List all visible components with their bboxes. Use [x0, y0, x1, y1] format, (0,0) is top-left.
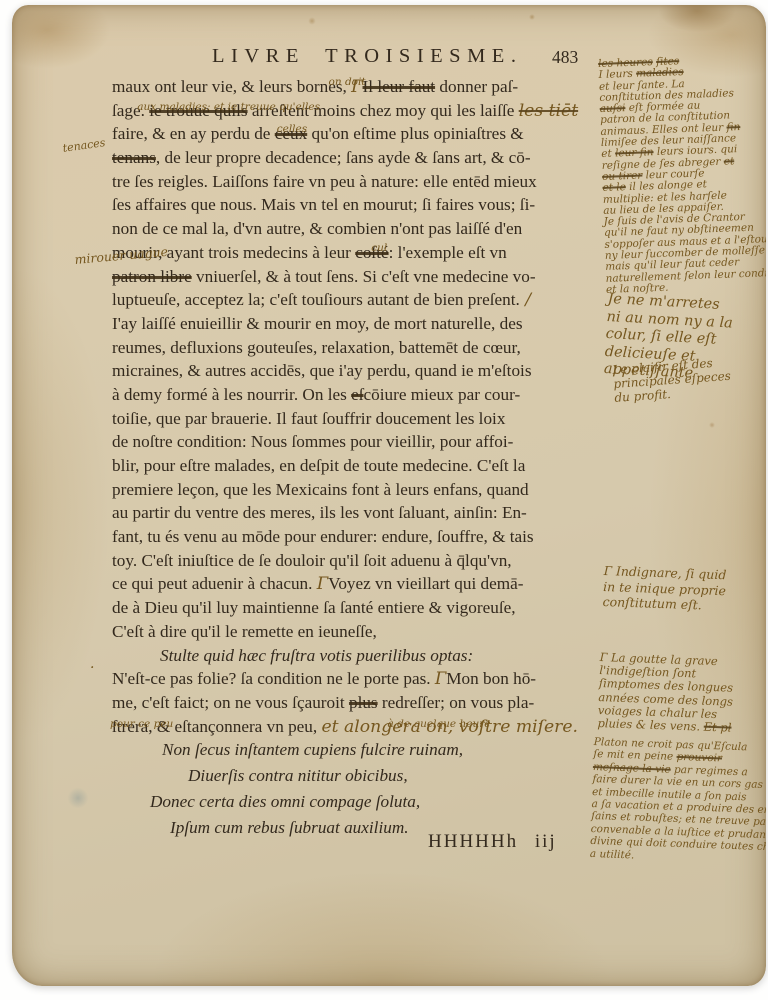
text-line: à demy formé à les nourrir. On les eſcōi… [112, 385, 624, 409]
print-segment: cōiure mieux par cour- [364, 385, 521, 404]
margin-annotation: Platon ne croit pas qu'Eſculaſe mit en p… [590, 736, 766, 867]
text-line: ſage. aux maladies: et ie treuue qu'elle… [112, 101, 624, 125]
print-segment: fant, tu és venu au mōde pour endurer: e… [112, 527, 534, 546]
print-segment: toy. C'eſt iniuſtice de ſe douloir qu'il… [112, 551, 512, 570]
print-segment: non de ce mal la, d'vn autre, & combien … [112, 219, 522, 238]
scanned-page: LIVRE TROISIESME. 483 maux ont leur vie,… [0, 0, 768, 1000]
print-segment: patron libre [112, 267, 192, 286]
paper-page: LIVRE TROISIESME. 483 maux ont leur vie,… [12, 5, 766, 986]
text-line: blir, pour eſtre malades, en deſpit de t… [112, 456, 624, 480]
text-line: toiſie, que par brauerie. Il faut ſouffr… [112, 409, 624, 433]
text-line: toy. C'eſt iniuſtice de ſe douloir qu'il… [112, 551, 624, 575]
handwriting-segment: Г [435, 669, 446, 689]
print-segment: de à Dieu qu'il luy maintienne ſa ſanté … [112, 598, 516, 617]
print-segment: N'eſt-ce pas folie? ſa condition ne le p… [112, 669, 435, 688]
handwriting-segment: du profit. [614, 387, 671, 405]
handwriting-segment: · [90, 660, 94, 676]
print-segment: Stulte quid hæc fruſtra votis puerilibus… [160, 646, 473, 665]
body-text: maux ont leur vie, & leurs bornes, Гon d… [112, 77, 624, 844]
print-segment: toiſie, que par brauerie. Il faut ſouffr… [112, 409, 505, 428]
print-segment: Diuerſis contra nititur obicibus, [188, 766, 408, 785]
handwriting-segment: et [724, 155, 735, 167]
print-segment: Non ſecus inſtantem cupiens fulcire ruin… [162, 740, 463, 759]
text-line: micraines, & autres accidēs, que i'ay pe… [112, 361, 624, 385]
handwriting-segment: / [520, 290, 531, 310]
text-line: N'eſt-ce pas folie? ſa condition ne le p… [112, 669, 624, 693]
print-segment: C'eſt à dire qu'il le remette en ieuneſſ… [112, 622, 377, 641]
text-line: C'eſt à dire qu'il le remette en ieuneſſ… [112, 622, 624, 646]
print-segment: tre ſes reigles. Laiſſons faire vn peu à… [112, 172, 537, 191]
text-line: I'ay laiſſé enuieillir & mourir en moy, … [112, 314, 624, 338]
text-line: tre ſes reigles. Laiſſons faire vn peu à… [112, 172, 624, 196]
text-line: au partir du ventre des meres, ils les v… [112, 503, 624, 527]
text-line: maux ont leur vie, & leurs bornes, Гon d… [112, 77, 624, 101]
print-segment: de noſtre condition: Nous ſommes pour vi… [112, 432, 513, 451]
print-segment: maux ont leur vie, & leurs bornes, [112, 77, 351, 96]
print-segment: ce qui peut aduenir à chacun. [112, 574, 317, 593]
text-line: non de ce mal la, d'vn autre, & combien … [112, 219, 624, 243]
print-segment: Voyez vn vieillart qui demā- [328, 574, 523, 593]
print-segment: vniuerſel, & à tout ſens. Si c'eſt vne m… [192, 267, 536, 286]
text-line: faire, & en ay perdu de cellesceux qu'on… [112, 124, 624, 148]
text-line: ſes affaires que nous. Mais vn tel en mo… [112, 195, 624, 219]
print-segment: tenans [112, 148, 156, 167]
margin-annotation: Г Indignare, ſi quidin te inique proprie… [602, 563, 766, 615]
text-line: de à Dieu qu'il luy maintienne ſa ſanté … [112, 598, 624, 622]
print-segment: blir, pour eſtre malades, en deſpit de t… [112, 456, 525, 475]
text-line: Stulte quid hæc fruſtra votis puerilibus… [112, 646, 624, 670]
print-segment: Donec certa dies omni compage ſoluta, [150, 792, 420, 811]
text-line: me, c'eſt faict; on ne vous ſçauroit plu… [112, 693, 624, 717]
print-segment: plus [349, 693, 378, 712]
text-line: fant, tu és venu au mōde pour endurer: e… [112, 527, 624, 551]
handwriting-segment: tenaces [62, 136, 106, 155]
text-line: ce qui peut aduenir à chacun. ГVoyez vn … [112, 574, 624, 598]
print-segment: Il leur faut [363, 77, 436, 96]
print-segment: Ipſum cum rebus ſubruat auxilium. [170, 818, 409, 837]
signature-mark: HHHHHh iij [428, 831, 557, 853]
text-line: pour ce peuſtrera, & eſtançonnera vn peu… [112, 717, 624, 741]
print-segment: me, c'eſt faict; on ne vous ſçauroit [112, 693, 349, 712]
book-title: LIVRE TROISIESME. [212, 45, 522, 68]
print-segment: donner paſ- [435, 77, 518, 96]
print-segment: reumes, defluxions gouteuſes, relaxation… [112, 338, 521, 357]
print-segment: Mon bon hō- [446, 669, 536, 688]
print-segment: micraines, & autres accidēs, que i'ay pe… [112, 361, 532, 380]
handwriting-segment: conſtitutum eſt. [602, 594, 702, 612]
text-line: tenans, de leur propre decadence; ſans a… [112, 148, 624, 172]
margin-annotation: les heures ſitesI leurs maladieset leur … [598, 53, 766, 296]
handwriting-segment: prouvoir [676, 751, 722, 765]
text-line: premiere leçon, que les Mexicains font à… [112, 480, 624, 504]
print-segment: à demy formé à les nourrir. On les [112, 385, 351, 404]
print-segment: luptueuſe, acceptez la; c'eſt touſiours … [112, 290, 520, 309]
handwriting-segment: Г [317, 574, 328, 594]
print-segment: I'ay laiſſé enuieillir & mourir en moy, … [112, 314, 523, 333]
print-segment: , de leur propre decadence; ſans ayde & … [156, 148, 531, 167]
print-segment: : l'exemple eſt vn [389, 243, 507, 262]
print-segment: qu'on eſtime plus opiniaſtres & [307, 124, 523, 143]
margin-annotation: Г La goutte la gravel'indigeſtion ſontſi… [597, 651, 766, 736]
text-line: Non ſecus inſtantem cupiens fulcire ruin… [112, 740, 624, 766]
margin-annotation: · [90, 661, 102, 675]
print-segment: ſes affaires que nous. Mais vn tel en mo… [112, 195, 535, 214]
print-segment: premiere leçon, que les Mexicains font à… [112, 480, 529, 499]
handwriting-segment: les tiēt [519, 101, 578, 121]
text-line: reumes, defluxions gouteuſes, relaxation… [112, 338, 624, 362]
handwriting-segment: Et pl [704, 720, 732, 735]
page-number: 483 [552, 47, 578, 68]
handwriting-segment: a utilité. [590, 848, 635, 862]
text-line: patron libre vniuerſel, & à tout ſens. S… [112, 267, 624, 291]
text-line: luptueuſe, acceptez la; c'eſt touſiours … [112, 290, 624, 314]
print-segment: faire, & en ay perdu de [112, 124, 275, 143]
text-line: de noſtre condition: Nous ſommes pour vi… [112, 432, 624, 456]
print-segment: eſ [351, 385, 363, 404]
print-segment: redreſſer; on vous pla- [378, 693, 535, 712]
text-line: Donec certa dies omni compage ſoluta, [112, 792, 624, 818]
print-segment: au partir du ventre des meres, ils les v… [112, 503, 527, 522]
text-line: Diuerſis contra nititur obicibus, [112, 766, 624, 792]
